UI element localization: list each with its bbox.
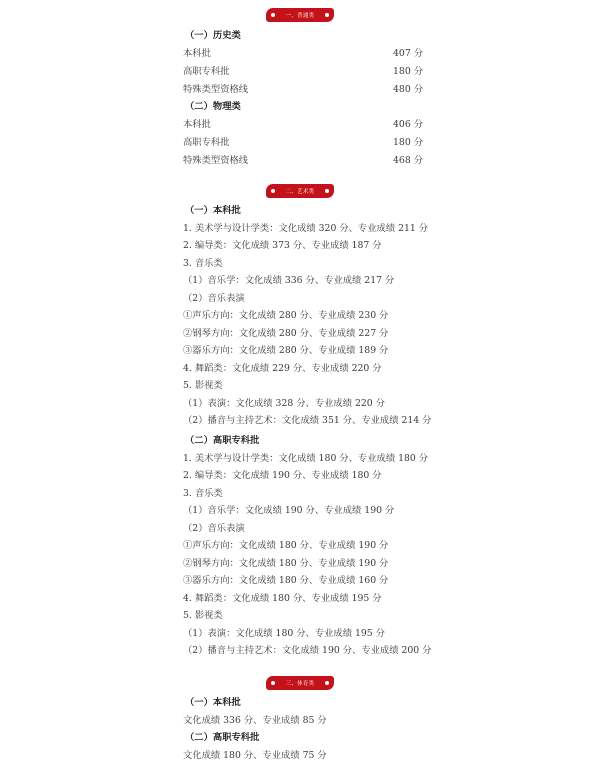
section-badge-label: 三、体育类 <box>286 679 315 687</box>
row-value: 407 分 <box>393 45 423 62</box>
row-label: 本科批 <box>183 116 211 133</box>
art-vocational-line: （2）音乐表演 <box>183 520 245 537</box>
art-undergrad-line: 2. 编导类：文化成绩 373 分、专业成绩 187 分 <box>183 237 382 254</box>
art-vocational-line: ②钢琴方向：文化成绩 180 分、专业成绩 190 分 <box>183 555 388 572</box>
physics-row-undergrad: 本科批 406 分 <box>183 116 423 133</box>
art-vocational-line: ①声乐方向：文化成绩 180 分、专业成绩 190 分 <box>183 537 388 554</box>
art-undergrad-line: ③器乐方向：文化成绩 280 分、专业成绩 189 分 <box>183 342 388 359</box>
art-undergrad-line: （2）播音与主持艺术：文化成绩 351 分、专业成绩 214 分 <box>183 412 431 429</box>
row-label: 特殊类型资格线 <box>183 152 248 169</box>
section-badge-general-wrap: 一、普通类 <box>0 8 600 22</box>
art-undergrad-line: 1. 美术学与设计学类：文化成绩 320 分、专业成绩 211 分 <box>183 220 428 237</box>
row-label: 特殊类型资格线 <box>183 81 248 98</box>
sports-vocational-heading: （二）高职专科批 <box>185 729 259 746</box>
score-lines-document: 一、普通类 （一）历史类 本科批 407 分 高职专科批 180 分 特殊类型资… <box>0 0 600 774</box>
dot-icon <box>271 681 275 685</box>
art-vocational-line: （1）表演：文化成绩 180 分、专业成绩 195 分 <box>183 625 385 642</box>
art-undergrad-line: 3. 音乐类 <box>183 255 223 272</box>
art-vocational-heading: （二）高职专科批 <box>185 432 259 449</box>
art-vocational-line: 3. 音乐类 <box>183 485 223 502</box>
row-value: 180 分 <box>393 63 423 80</box>
art-undergrad-line: ①声乐方向：文化成绩 280 分、专业成绩 230 分 <box>183 307 388 324</box>
sports-undergrad-heading: （一）本科批 <box>185 694 241 711</box>
history-row-vocational: 高职专科批 180 分 <box>183 63 423 80</box>
row-value: 468 分 <box>393 152 423 169</box>
row-value: 480 分 <box>393 81 423 98</box>
dot-icon <box>271 13 275 17</box>
section-badge-art-wrap: 二、艺术类 <box>0 184 600 198</box>
art-undergrad-line: 5. 影视类 <box>183 377 223 394</box>
section-badge-label: 一、普通类 <box>286 11 315 19</box>
art-vocational-line: （2）播音与主持艺术：文化成绩 190 分、专业成绩 200 分 <box>183 642 431 659</box>
row-label: 高职专科批 <box>183 63 230 80</box>
physics-heading: （二）物理类 <box>185 98 241 115</box>
section-badge-general: 一、普通类 <box>266 8 334 22</box>
history-row-special: 特殊类型资格线 480 分 <box>183 81 423 98</box>
row-label: 高职专科批 <box>183 134 230 151</box>
art-undergrad-line: （1）表演：文化成绩 328 分、专业成绩 220 分 <box>183 395 385 412</box>
art-undergrad-line: （1）音乐学：文化成绩 336 分、专业成绩 217 分 <box>183 272 394 289</box>
physics-row-special: 特殊类型资格线 468 分 <box>183 152 423 169</box>
art-undergrad-line: ②钢琴方向：文化成绩 280 分、专业成绩 227 分 <box>183 325 388 342</box>
row-label: 本科批 <box>183 45 211 62</box>
physics-row-vocational: 高职专科批 180 分 <box>183 134 423 151</box>
dot-icon <box>325 681 329 685</box>
art-undergrad-heading: （一）本科批 <box>185 202 241 219</box>
row-value: 180 分 <box>393 134 423 151</box>
art-vocational-line: （1）音乐学：文化成绩 190 分、专业成绩 190 分 <box>183 502 394 519</box>
section-badge-label: 二、艺术类 <box>286 187 315 195</box>
dot-icon <box>325 13 329 17</box>
section-badge-sports: 三、体育类 <box>266 676 334 690</box>
art-vocational-line: 2. 编导类：文化成绩 190 分、专业成绩 180 分 <box>183 467 382 484</box>
art-vocational-line: 5. 影视类 <box>183 607 223 624</box>
row-value: 406 分 <box>393 116 423 133</box>
art-undergrad-line: （2）音乐表演 <box>183 290 245 307</box>
sports-undergrad-line: 文化成绩 336 分、专业成绩 85 分 <box>183 712 327 729</box>
art-undergrad-line: 4. 舞蹈类：文化成绩 229 分、专业成绩 220 分 <box>183 360 382 377</box>
dot-icon <box>271 189 275 193</box>
art-vocational-line: ③器乐方向：文化成绩 180 分、专业成绩 160 分 <box>183 572 388 589</box>
history-heading: （一）历史类 <box>185 27 241 44</box>
sports-vocational-line: 文化成绩 180 分、专业成绩 75 分 <box>183 747 327 764</box>
art-vocational-line: 4. 舞蹈类：文化成绩 180 分、专业成绩 195 分 <box>183 590 382 607</box>
section-badge-art: 二、艺术类 <box>266 184 334 198</box>
history-row-undergrad: 本科批 407 分 <box>183 45 423 62</box>
art-vocational-line: 1. 美术学与设计学类：文化成绩 180 分、专业成绩 180 分 <box>183 450 428 467</box>
section-badge-sports-wrap: 三、体育类 <box>0 676 600 690</box>
dot-icon <box>325 189 329 193</box>
